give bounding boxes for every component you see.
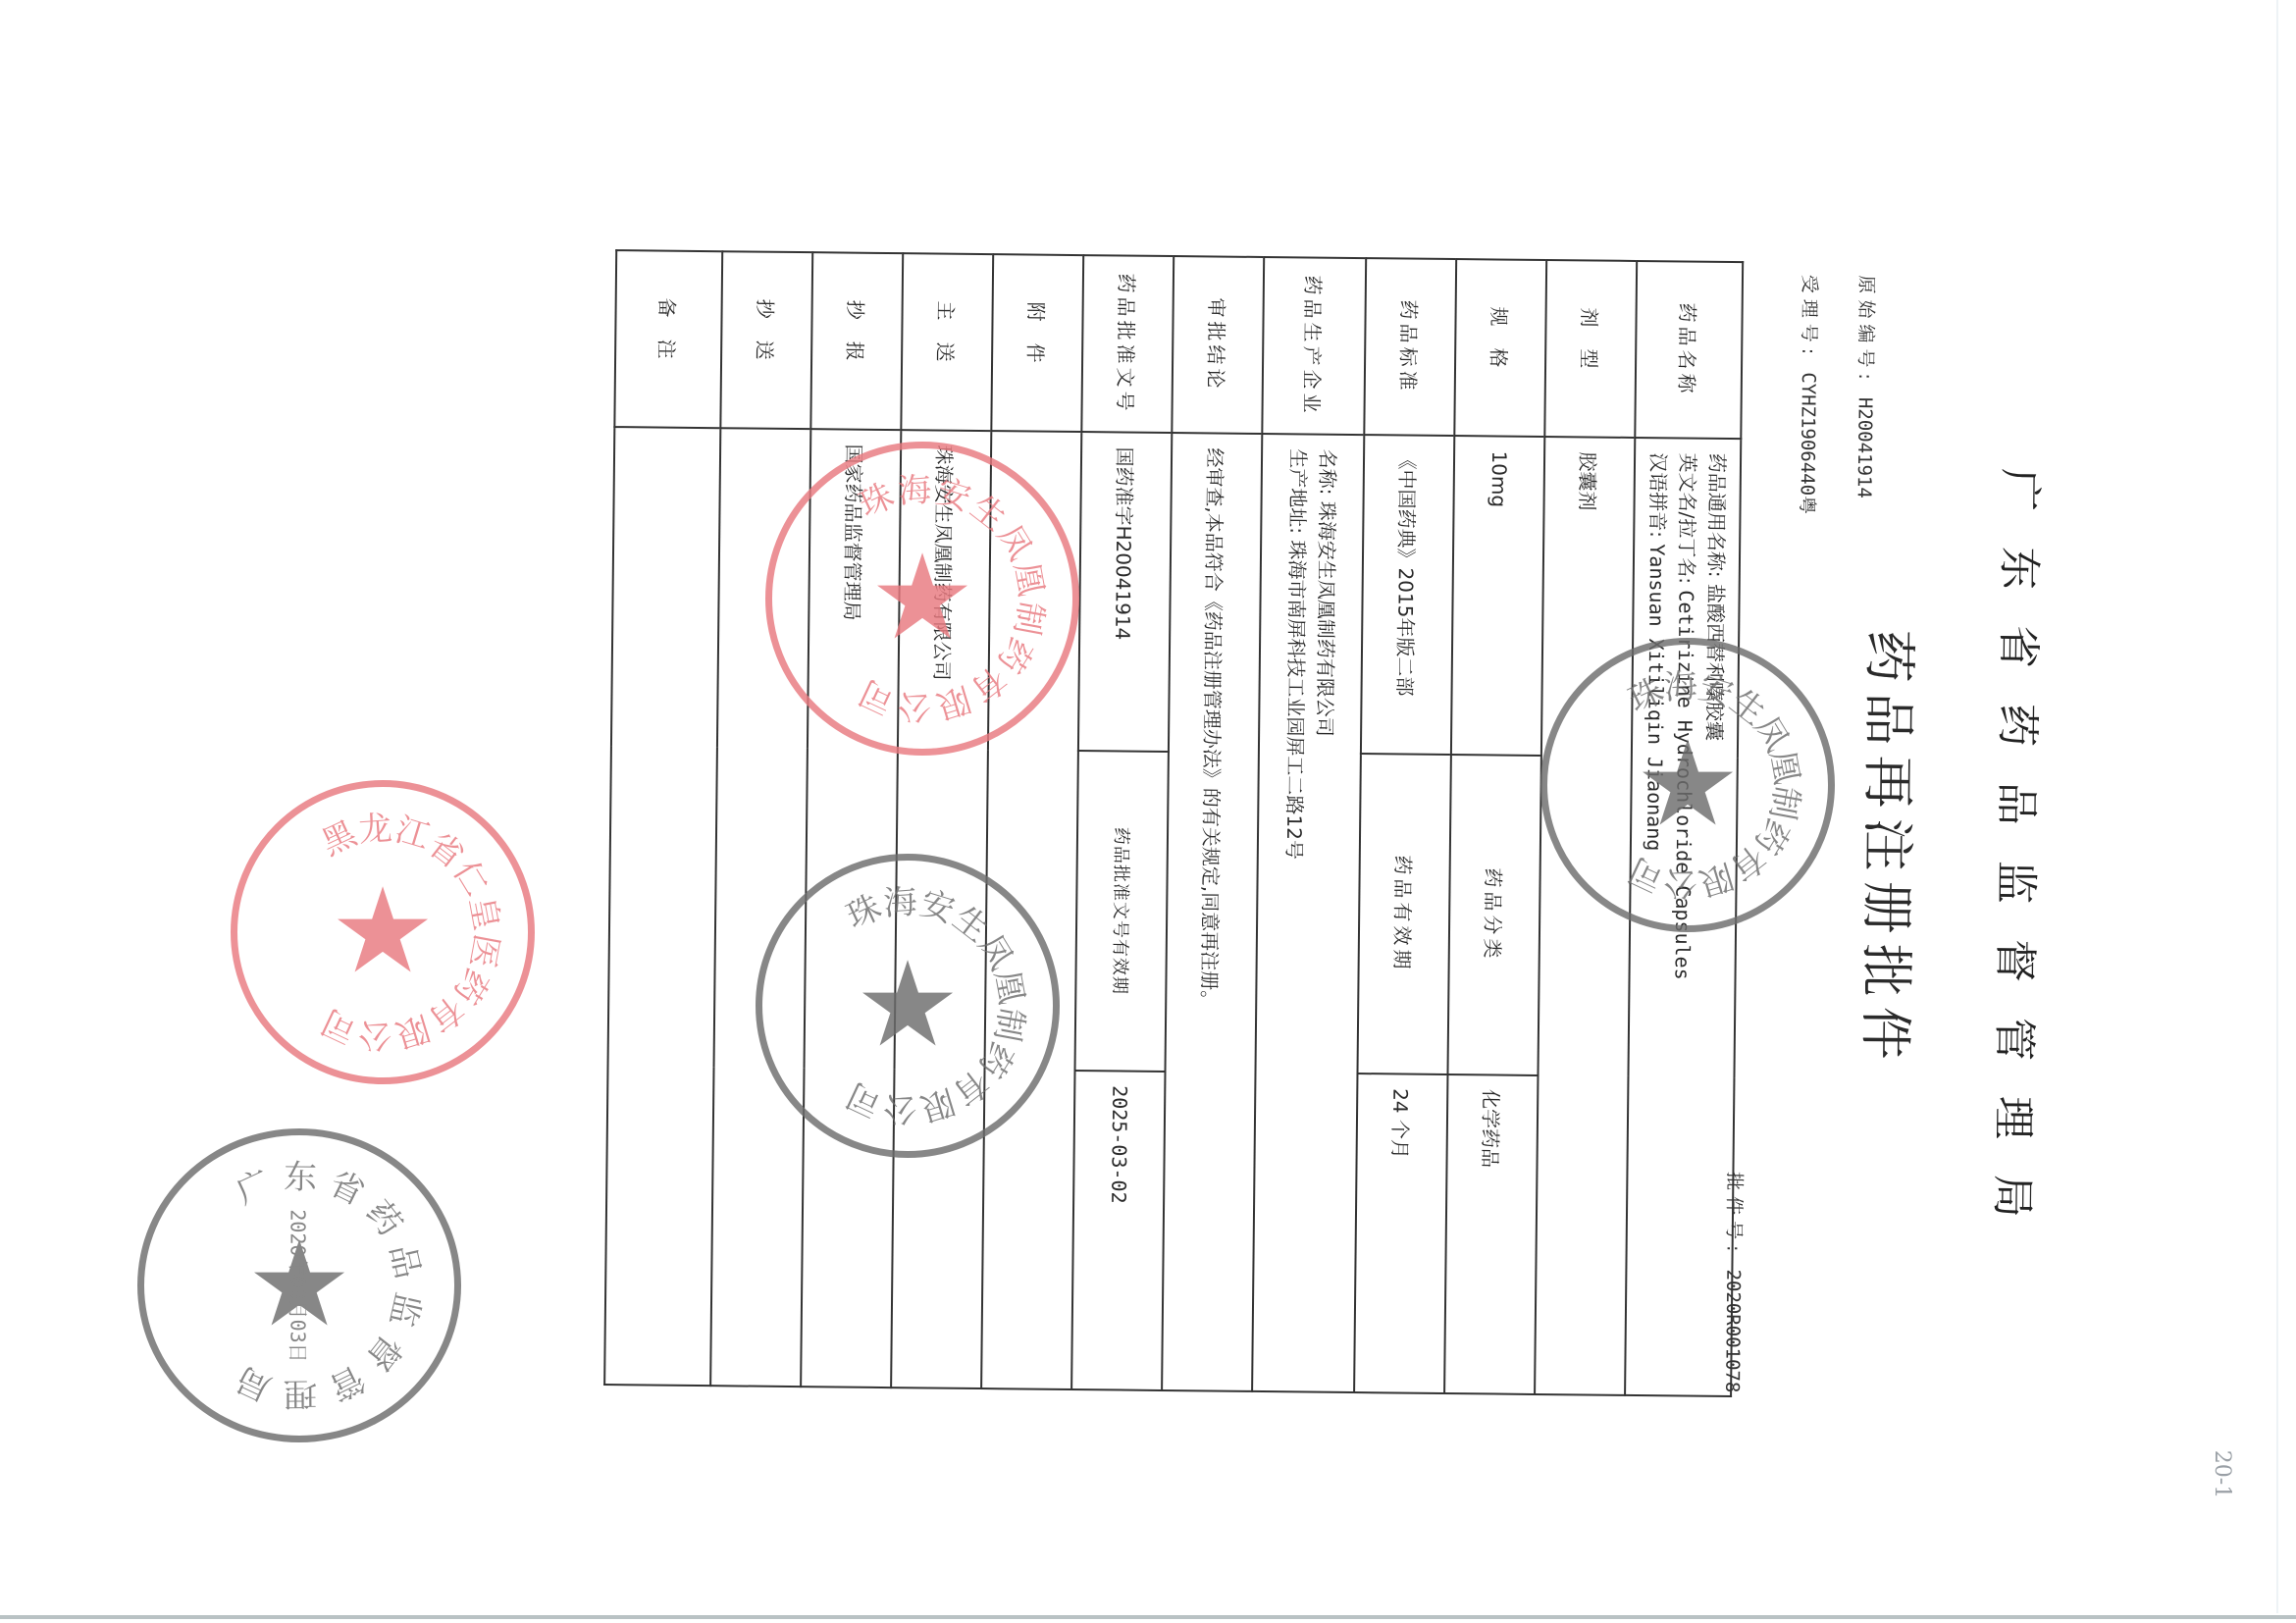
manufacturer-cell: 名称: 珠海安生凤凰制药有限公司 生产地址: 珠海市南屏科技工业园屏工二路12号 [1252, 434, 1364, 1392]
copy-to-label: 抄送 [720, 251, 812, 429]
seal-text: 珠海安生凤凰制药有限公司 [787, 463, 1058, 734]
manufacturer-name: 珠海安生凤凰制药有限公司 [1313, 501, 1339, 737]
acceptance-number: 受理号: CYHZ1906440粤 [1795, 275, 1824, 515]
remarks-label: 备注 [614, 250, 722, 428]
category-value: 化学药品 [1444, 1074, 1538, 1394]
table-row-remarks: 备注 [604, 250, 722, 1386]
acceptance-number-value: CYHZ1906440粤 [1796, 372, 1819, 514]
table-row-copy-to: 抄送 [710, 251, 812, 1387]
manufacturer-address: 珠海市南屏科技工业园屏工二路12号 [1282, 540, 1309, 860]
seal-text: 珠海安生凤凰制药有限公司 [777, 875, 1038, 1136]
remarks-value [604, 427, 720, 1386]
spec-value: 10mg [1451, 436, 1544, 756]
company-seal-top: ★ 珠海安生凤凰制药有限公司 [1540, 638, 1835, 932]
conclusion-label: 审批结论 [1172, 256, 1264, 434]
agency-title: 广东省药品监督管理局 [1985, 468, 2056, 1254]
table-row-approval-number: 药品批准文号 国药准字H20041914 药品批准文号有效期 2025-03-0… [1071, 255, 1174, 1390]
acceptance-number-label: 受理号: [1798, 275, 1820, 361]
original-number-value: H20041914 [1853, 397, 1876, 498]
original-number: 原始编号: H20041914 [1852, 275, 1881, 498]
seal-date: 2020年03月03日 [285, 1209, 313, 1362]
distributor-seal: ★ 黑龙江省仁皇医药有限公司 [231, 780, 535, 1084]
table-row-attachment: 附件 [981, 254, 1083, 1389]
original-number-label: 原始编号: [1854, 275, 1877, 386]
approval-validity-value: 2025-03-02 [1071, 1071, 1165, 1390]
approval-validity-label: 药品批准文号有效期 [1075, 751, 1169, 1071]
document-title: 药品再注册批件 [1850, 505, 1932, 1193]
spec-label: 规格 [1454, 259, 1546, 437]
report-to-label: 抄报 [810, 252, 903, 430]
company-seal-gray: ★ 珠海安生凤凰制药有限公司 [756, 854, 1060, 1158]
main-recipient-label: 主送 [901, 253, 993, 431]
table-row-spec: 规格 10mg 药品分类 化学药品 [1444, 259, 1546, 1394]
company-seal-red: ★ 珠海安生凤凰制药有限公司 [765, 442, 1079, 756]
agency-seal: ★ 广东省药品监督管理局 2020年03月03日 [137, 1128, 461, 1442]
conclusion-value: 经审查,本品符合《药品注册管理办法》的有关规定,同意再注册。 [1162, 433, 1262, 1391]
table-row-main-recipient: 主送 珠海安生凤凰制药有限公司 [891, 253, 993, 1388]
standard-label: 药品标准 [1364, 258, 1456, 436]
table-row-manufacturer: 药品生产企业 名称: 珠海安生凤凰制药有限公司 生产地址: 珠海市南屏科技工业园… [1252, 257, 1366, 1392]
dosage-form-label: 剂型 [1544, 260, 1637, 438]
standard-value: 《中国药典》2015年版二部 [1361, 435, 1454, 755]
category-label: 药品分类 [1447, 755, 1540, 1074]
approval-number-label-cell: 药品批准文号 [1081, 255, 1174, 433]
shelf-life-label: 药品有效期 [1357, 754, 1450, 1073]
drug-name-label: 药品名称 [1635, 261, 1743, 439]
seal-text: 黑龙江省仁皇医药有限公司 [252, 802, 513, 1063]
approval-number-value-cell: 国药准字H20041914 [1078, 432, 1172, 752]
shelf-life-value: 24 个月 [1354, 1073, 1447, 1393]
table-row-conclusion: 审批结论 经审查,本品符合《药品注册管理办法》的有关规定,同意再注册。 [1162, 256, 1264, 1391]
handwritten-annotation: 20-1 [2210, 1450, 2234, 1498]
seal-text: 珠海安生凤凰制药有限公司 [1562, 659, 1813, 911]
table-row-standard: 药品标准 《中国药典》2015年版二部 药品有效期 24 个月 [1354, 258, 1456, 1393]
manufacturer-label: 药品生产企业 [1262, 257, 1366, 435]
table-row-report-to: 抄报 国家药品监督管理局 [801, 252, 903, 1387]
attachment-label: 附件 [991, 254, 1083, 432]
